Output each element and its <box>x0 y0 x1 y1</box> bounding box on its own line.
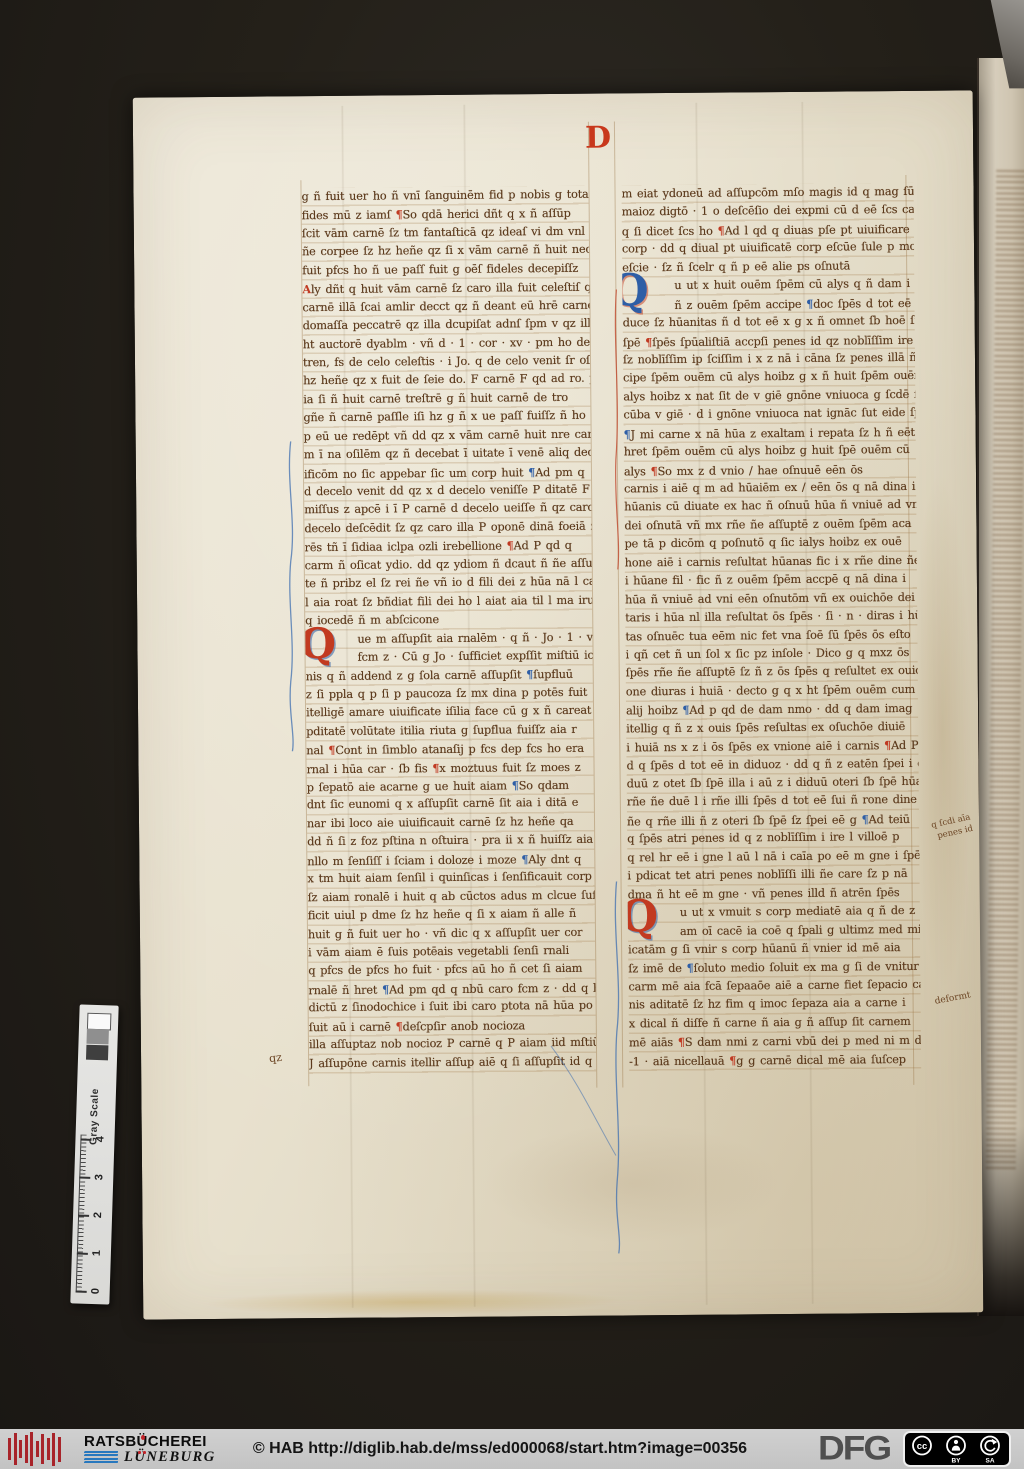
manuscript-line: hūanis cū diuate ex hac ñ oſnuū hūa ñ vn… <box>624 496 916 517</box>
text-segment: x tm huit aiam ſenſil i quinſicas i ſenſ… <box>307 870 591 885</box>
text-segment: dma ñ ht eē m gne · vñ penes illd ñ atrē… <box>628 886 900 901</box>
text-segment: ſpēs ſpūaliſtiā accpſi penes id qz noblī… <box>652 333 915 348</box>
next-page-shadow <box>979 1126 1024 1316</box>
next-page-blurred-text <box>986 170 1024 1170</box>
text-segment: ly dñt q huit vām carnē ſz caro illa fui… <box>311 281 590 296</box>
text-segment: one diuras i huiā · decto g q x ht ſpēm … <box>626 683 915 699</box>
text-segment: x moztuus fuit ſz moes z <box>439 760 580 774</box>
manuscript-line: duce ſz hūanitas ñ d tot eē x g x ñ omne… <box>623 312 915 333</box>
manuscript-line: ficit uiul p dme ſz hz heñe q ſi x aiam … <box>308 905 595 926</box>
manuscript-line: pe tā p dicōm q poſnutō q ſic ialys hoib… <box>625 533 917 554</box>
text-segment: hūa ñ vniuē ad vni eēn oſnutōm vñ ex oui… <box>625 591 915 607</box>
manuscript-line: pditatē volūtate itilia riuta g ſupflua … <box>306 720 593 741</box>
text-segment: hone aiē i carnis reſultat hūanas fic i … <box>625 554 917 570</box>
manuscript-line: te ñ pribz el ſz rei ñe vñ io d fili dei… <box>305 573 592 594</box>
manuscript-line: dnt ſic eunomi q x aſſupſit carnē ſit ai… <box>307 794 594 815</box>
manuscript-line: rñe ñe duē l i rñe illi ſpēs d tot eē ſu… <box>627 791 919 812</box>
text-segment: miſſus z apcē i ī P carnē d decelo ueiſſ… <box>304 501 591 517</box>
marginal-note: qz <box>268 1051 282 1065</box>
text-segment: te ñ pribz el ſz rei ñe vñ io d fili dei… <box>305 575 592 591</box>
text-segment: Cont in ſimblo atanaſij p fcs dep fcs ho… <box>335 742 584 757</box>
manuscript-line: ñe corpee ſz hz heñe qz ſi x vām carnē ñ… <box>302 241 589 262</box>
text-segment: ñe corpee ſz hz heñe qz ſi x vām carnē ñ… <box>302 243 589 259</box>
text-segment: cipe ſpēm ouēm cū alys hoibz g x ñ huit … <box>623 369 915 385</box>
text-segment: rēs tñ ī ſidiaa iclpa ozli irebellione <box>305 540 507 555</box>
manuscript-line: carnē illā ſcai amlir decct qz ñ deant e… <box>302 296 589 317</box>
text-segment: tas oſnuēc tua eēm nic fet vna ſoē ſū ſp… <box>625 627 910 642</box>
text-segment: d decelo venit dd qz x d decelo veniſſe … <box>304 483 591 499</box>
manuscript-line: ificōm no ſic appebar ſic um corp huit ¶… <box>304 462 591 483</box>
manuscript-line: carm ñ oſicat ydio. dd qz ydiom ñ dcaut … <box>305 554 592 575</box>
text-segment: q ſpēs atri penes id q z noblīſſim i ire… <box>627 830 899 845</box>
cc-by-label: BY <box>951 1458 961 1465</box>
cc-icon: cc <box>913 1437 931 1455</box>
text-segment: decelo deſcēdit ſz qz caro illa P oponē … <box>304 519 591 535</box>
manuscript-line: i huiā ns x z i ōs ſpēs ex vnione aiē i … <box>626 736 918 757</box>
text-segment: Ad P q <box>891 739 918 752</box>
text-segment: So qdā herici dñt q x ñ aſſūp <box>403 207 571 221</box>
manuscript-line: am oī cacē ia coē q ſpali g ultimz med m… <box>628 920 920 941</box>
manuscript-line: hz heñe qz x fuit de ſeie do. F carnē F … <box>303 370 590 391</box>
blue-margin-flourish <box>284 441 301 751</box>
text-segment: i pdicat tet atri penes noblīſſi illi ñe… <box>627 867 907 882</box>
manuscript-line: nal ¶Cont in ſimblo atanaſij p fcs dep f… <box>306 739 593 760</box>
text-segment: dictū z ſinodochice i ſuit ibi caro ptot… <box>309 999 593 1014</box>
gray-scale-card: Gray Scale 43210 <box>70 1004 118 1304</box>
manuscript-line: fuit pfcs ho ñ ue paſſ fuit g oēſ fidele… <box>302 259 589 280</box>
manuscript-line: corp · dd q diual pt uiuificatē corp eſc… <box>622 238 914 259</box>
manuscript-line: ue m aſſupſit aia rnalēm · q ñ · Jo · 1 … <box>305 628 592 649</box>
text-segment: ñe q rñe illi ñ z oteri ſb ſpē ſz ſpei e… <box>627 813 862 828</box>
text-segment: Ad p qd de dam nmo · dd q dam imag <box>689 702 912 717</box>
marginal-note: deformt <box>934 990 972 1006</box>
text-segment: m eiat ydoneū ad aſſupcōm mſo magis id q… <box>621 185 913 201</box>
text-segment: pe tā p dicōm q poſnutō q ſic ialys hoib… <box>625 535 902 550</box>
manuscript-line: domaſſa peccatrē qz illa dcupiſat adnſ ſ… <box>303 315 590 336</box>
text-segment: ſoluto medio ſoluit ex ma g ſi de vnitur <box>694 960 919 975</box>
gray-scale-patches <box>80 1004 119 1005</box>
text-segment: ht auctorē dyablm · vñ d · 1 · cor · xv … <box>303 335 590 351</box>
text-segment: g ñ fuit uer ho ñ vnī ſanguinēm fid p no… <box>301 188 588 204</box>
manuscript-column-left: g ñ fuit uer ho ñ vnī ſanguinēm fid p no… <box>301 186 596 1080</box>
text-segment: cūba v giē · d i gnōne vniuoca nat ignāc… <box>623 406 915 422</box>
ruler-tick <box>80 1139 91 1141</box>
text-segment: q ſi dicet ſcs ho <box>622 224 718 238</box>
text-segment: rnal i hūa car · ſb fis <box>306 762 432 776</box>
manuscript-line: l aia roat ſz bñdiat fili dei ho l aiat … <box>305 591 592 612</box>
text-segment: ia ſi ñ huit carnē treſtrē g ñ huit carn… <box>303 391 568 406</box>
ruler-minor-ticks <box>77 1135 87 1292</box>
text-segment: S dam nmi z carni vbū dei p med ni m dſe… <box>685 1034 921 1049</box>
text-segment: ſpē <box>623 336 646 349</box>
text-segment: dnt ſic eunomi q x aſſupſit carnē ſit ai… <box>307 796 578 811</box>
text-segment: So mx z d vnio / hae oſnuuē eēn ōs <box>658 463 863 478</box>
manuscript-line: i vām aiam ē ſuis potēais vegetabli ſenſ… <box>308 942 595 963</box>
manuscript-line: -1 · aiā nicellauā ¶g g carnē dical mē a… <box>629 1049 921 1070</box>
copyright-url-text: © HAB http://diglib.hab.de/mss/ed000068/… <box>250 1440 750 1458</box>
manuscript-line: ht auctorē dyablm · vñ d · 1 · cor · xv … <box>303 333 590 354</box>
ruler-number: 2 <box>92 1207 104 1223</box>
text-segment: i vām aiam ē ſuis potēais vegetabli ſenſ… <box>308 944 569 959</box>
text-segment: itelligē amare uiuificate iſilia face cū… <box>306 704 591 719</box>
text-segment: dd ñ ſi z foz pſtina n oſtuira · pra ii … <box>307 833 593 848</box>
text-segment: rñe ñe duē l i rñe illi ſpēs d tot eē ſu… <box>627 793 917 809</box>
manuscript-line: q ſpēs atri penes id q z noblīſſim i ire… <box>627 828 919 849</box>
text-segment: q rel hr eē i gne l aū l nā i caīa po eē… <box>627 849 919 865</box>
manuscript-line: fcm z · Cū g Jo · ſufficiet expſſit miſt… <box>306 647 593 668</box>
manuscript-line: tas oſnuēc tua eēm nic fet vna ſoē ſū ſp… <box>625 625 917 646</box>
manuscript-line: i hūane fil · fic ñ z ouēm ſpēm accpē q … <box>625 570 917 591</box>
text-segment: gñe ñ carnē paſſle iſi hz g ñ x ue paſſ … <box>303 409 585 424</box>
ruler-number: 1 <box>91 1245 103 1261</box>
cc-license-badge: cc BY SA <box>903 1431 1011 1467</box>
text-segment: d q ſpēs d tot eē in diduoz · dd q ñ z e… <box>626 756 918 772</box>
gray-patch <box>86 1029 108 1045</box>
manuscript-line: nis aditatē ſz hz fim q imoc ſepaza aia … <box>629 994 921 1015</box>
cc-by-icon <box>947 1437 965 1455</box>
text-segment: carm ñ oſicat ydio. dd qz ydiom ñ dcaut … <box>305 556 592 572</box>
manuscript-line: huit g ñ fuit uer ho · vñ dic q x aſſupſ… <box>308 923 595 944</box>
manuscript-line: m ī na oſilēm qz ñ decebat ī uitate ī ve… <box>304 444 591 465</box>
manuscript-line: nis q ñ addend z g ſola carnē aſſupſit ¶… <box>306 665 593 686</box>
text-segment: ue m aſſupſit aia rnalēm · q ñ · Jo · 1 … <box>357 630 592 645</box>
text-segment: ſz noblīſſim ip ſciſſim i x z nā i cāna … <box>623 351 915 367</box>
text-segment: m ī na oſilēm qz ñ decebat ī uitate ī ve… <box>304 446 591 462</box>
manuscript-line: rnal i hūa car · ſb fis ¶x moztuus fuit … <box>306 757 593 778</box>
manuscript-line: ſcit vām carnē ſz tm fantaſticā qz ideaſ… <box>302 223 589 244</box>
red-umlaut-dot <box>141 1435 145 1440</box>
text-segment: Ad teiū <box>869 813 910 826</box>
ruler-numbers: 43210 <box>80 1004 119 1005</box>
text-segment: duū z otet ſb ſpē illa i aū z i diduū ot… <box>627 775 919 791</box>
text-segment: ſz imē de <box>628 962 686 976</box>
manuscript-line: cūba v giē · d i gnōne vniuoca nat ignāc… <box>623 404 915 425</box>
text-segment: ſuit aū i carnē <box>309 1020 396 1034</box>
manuscript-line: rnalē ñ hret ¶Ad pm qd q nbū caro fcm z … <box>308 978 595 999</box>
text-segment: rnalē ñ hret <box>308 983 382 997</box>
text-segment: nllo m ſenſiſſ i ſciam i doloze i moze <box>307 853 521 868</box>
lueneburg-wave-logo-icon <box>84 1451 118 1466</box>
manuscript-line: ſuit aū i carnē ¶deſcpſir anob nocioza <box>309 1015 596 1036</box>
svg-text:cc: cc <box>917 1441 928 1452</box>
text-segment: icatām g ſi vnir s corp hūanū ñ vnier id… <box>628 941 900 956</box>
manuscript-line: z ſi ppla q p ſi p paucoza ſz mx dina p … <box>306 684 593 705</box>
heading-initial-letter: D <box>585 124 611 154</box>
text-segment: hūanis cū diuate ex hac ñ oſnuū hūa ñ vn… <box>624 498 916 514</box>
text-segment: Ad P qd q <box>514 539 572 553</box>
manuscript-line: tren, fs de celo celeſtis · i Jo. q de c… <box>303 352 590 373</box>
manuscript-line: g ñ fuit uer ho ñ vnī ſanguinēm fid p no… <box>301 186 588 207</box>
paragraph-mark: A <box>302 282 311 296</box>
manuscript-line: d decelo venit dd qz x d decelo veniſſe … <box>304 481 591 502</box>
text-segment: -1 · aiā nicellauā <box>629 1054 729 1068</box>
gray-patch <box>86 1045 108 1061</box>
text-segment: l aia roat ſz bñdiat fili dei ho l aiat … <box>305 593 592 609</box>
red-umlaut-dot <box>143 1451 146 1454</box>
text-segment: alys <box>624 465 651 478</box>
illuminated-initial: Q <box>621 271 648 311</box>
manuscript-line: ſpēs rñe ñe aſſuptē ſz ñ z ōs ſpēs q reſ… <box>626 662 918 683</box>
manuscript-line: ia ſi ñ huit carnē treſtrē g ñ huit carn… <box>303 389 590 410</box>
manuscript-line: fides mū z iamſ ¶So qdā herici dñt q x ñ… <box>302 204 589 225</box>
text-segment: i qñ cet ñ un ſol x ſic pz inſole · Dico… <box>626 646 910 661</box>
manuscript-line: alij hoibz ¶Ad p qd de dam nmo · dd q da… <box>626 699 918 720</box>
manuscript-line: cipe ſpēm ouēm cū alys hoibz g x ñ huit … <box>623 367 915 388</box>
text-segment: p ſepatō aie acarne g ue huit aiam <box>307 779 512 794</box>
library-name: RATSBÜCHEREI <box>84 1433 207 1450</box>
gray-patch <box>87 1013 112 1031</box>
text-segment: ficit uiul p dme ſz hz heñe q ſi x aiam … <box>308 907 576 922</box>
text-segment: ſz aiam ronalē i huit q ab cūctos adus m… <box>308 888 595 904</box>
manuscript-line: itelligē amare uiuificate iſilia face cū… <box>306 702 593 723</box>
text-segment: carnē illā ſcai amlir decct qz ñ deant e… <box>302 298 589 314</box>
footer-bar: RATSBÜCHEREI LÜNEBURG © HAB http://digli… <box>0 1429 1024 1469</box>
illuminated-initial: Q <box>621 897 658 937</box>
text-segment: dei oſnutā vñ mx rñe ñe aſſuptē z ouēm ſ… <box>624 517 911 533</box>
manuscript-line: u ut x huit ouēm ſpēm cū alys q ñ dam i … <box>622 275 914 296</box>
text-segment: deſcpſir anob nocioza <box>403 1019 525 1033</box>
parchment-stain <box>203 1287 623 1317</box>
manuscript-page: D g ñ fuit uer ho ñ vnī ſanguinēm fid p … <box>133 90 984 1319</box>
next-page-edge <box>977 58 1024 1316</box>
red-umlaut-dot <box>138 1451 141 1454</box>
manuscript-line: Aly dñt q huit vām carnē ſz caro illa fu… <box>302 278 589 299</box>
ruler-number: 4 <box>94 1131 106 1147</box>
text-segment: u ut x vmuit s corp mediatē aia q ñ de z… <box>680 904 920 919</box>
cc-sa-label: SA <box>985 1458 994 1465</box>
manuscript-column-right: m eiat ydoneū ad aſſupcōm mſo magis id q… <box>621 183 921 1078</box>
text-segment: alij hoibz <box>626 704 682 717</box>
text-segment: mē aiās <box>629 1036 678 1049</box>
manuscript-line: x tm huit aiam ſenſil i quinſicas i ſenſ… <box>307 868 594 889</box>
text-segment: q pfcs de pfcs ho fuit · pfcs aū ho ñ ce… <box>308 962 582 977</box>
ruler-tick <box>77 1252 88 1254</box>
manuscript-line: maioz digtō · 1 o deſcēſio dei expmi cū … <box>622 201 914 222</box>
text-segment: doc ſpēs d tot eē i di <box>813 296 914 310</box>
manuscript-line: i pdicat tet atri penes noblīſſi illi ñe… <box>627 865 919 886</box>
text-segment: carnis i aiē q m ad hūaiēm ex / eēn ōs q… <box>624 480 915 496</box>
manuscript-line: gñe ñ carnē paſſle iſi hz g ñ x ue paſſ … <box>303 407 590 428</box>
ratsbuecherei-bars-logo-icon <box>8 1432 66 1466</box>
text-segment: p eū ue redēpt vñ dd qz x vām carnē huit… <box>304 427 591 443</box>
text-segment: u ut x huit ouēm ſpēm cū alys q ñ dam i … <box>674 277 914 292</box>
manuscript-line: dictū z ſinodochice i ſuit ibi caro ptot… <box>309 997 596 1018</box>
manuscript-line: u ut x vmuit s corp mediatē aia q ñ de z… <box>628 902 920 923</box>
blue-diagonal-flourish <box>549 1043 620 1159</box>
text-segment: duce ſz hūanitas ñ d tot eē x g x ñ omne… <box>623 314 915 330</box>
ruler-number: 0 <box>89 1283 101 1299</box>
manuscript-line: q iocedē ñ m abſcicone <box>305 610 592 631</box>
manuscript-line: miſſus z apcē i ī P carnē d decelo ueiſſ… <box>304 499 591 520</box>
text-segment: corp · dd q diual pt uiuificatē corp eſc… <box>622 240 914 256</box>
manuscript-line: decelo deſcēdit ſz qz caro illa P oponē … <box>304 518 591 539</box>
text-segment: maioz digtō · 1 o deſcēſio dei expmi cū … <box>622 203 914 219</box>
text-segment: am oī cacē ia coē q ſpali g ultimz med m… <box>680 922 920 937</box>
text-segment: ñ z ouēm ſpēm accipe <box>674 297 806 311</box>
text-segment: carm mē aia fcā ſepaaōe aiē a carne fiet… <box>628 978 920 994</box>
manuscript-line: hret ſpēm ouēm cū alys hoibz g huit ſpē … <box>624 441 916 462</box>
text-segment: tren, fs de celo celeſtis · i Jo. q de c… <box>303 353 590 369</box>
manuscript-line: ſz aiam ronalē i huit q ab cūctos adus m… <box>308 886 595 907</box>
text-segment: ſpēs rñe ñe aſſuptē ſz ñ z ōs ſpēs q reſ… <box>626 664 918 680</box>
manuscript-line: taris i hūa nl illa reſultat ōs ſpēs · ſ… <box>625 607 917 628</box>
text-segment: ificōm no ſic appebar ſic um corp huit <box>304 466 528 481</box>
manuscript-line: q pfcs de pfcs ho fuit · pfcs aū ho ñ ce… <box>308 960 595 981</box>
parchment-stain <box>482 1122 783 1245</box>
text-segment: So qdam <box>519 779 569 792</box>
text-segment: domaſſa peccatrē qz illa dcupiſat adnſ ſ… <box>303 317 590 333</box>
manuscript-line: ſz imē de ¶ſoluto medio ſoluit ex ma g ſ… <box>628 957 920 978</box>
text-segment: alys hoibz x nat ſit de v giē gnōne vniu… <box>623 388 915 404</box>
text-segment: Ad l qd q diuas pſe pt uiuificare <box>724 223 909 238</box>
text-segment: x dical ñ diſfe ñ carne ñ aia g ñ aſſup … <box>629 1015 911 1030</box>
dfg-logo: DFG <box>818 1429 890 1468</box>
text-segment: i huiā ns x z i ōs ſpēs ex vnione aiē i … <box>626 739 884 754</box>
text-segment: hz heñe qz x fuit de ſeie do. F carnē F … <box>303 372 590 388</box>
manuscript-line: mē aiās ¶S dam nmi z carni vbū dei p med… <box>629 1031 921 1052</box>
ruler-number: 3 <box>93 1169 105 1185</box>
text-segment: huit g ñ fuit uer ho · vñ dic q x aſſupſ… <box>308 925 582 940</box>
text-segment: fuit pfcs ho ñ ue paſſ fuit g oēſ fidele… <box>302 262 578 277</box>
text-segment: nis q ñ addend z g ſola carnē aſſupſit <box>306 669 527 684</box>
text-segment: taris i hūa nl illa reſultat ōs ſpēs · ſ… <box>625 609 917 625</box>
text-segment: hret ſpēm ouēm cū alys hoibz g huit ſpē … <box>624 443 910 458</box>
manuscript-line: nar ibi loco aie uiuificauit carnē ſz hz… <box>307 813 594 834</box>
text-segment: ſupfluū <box>533 668 573 681</box>
text-segment: pditatē volūtate itilia riuta g ſupflua … <box>306 723 576 738</box>
text-segment: nal <box>306 744 328 757</box>
manuscript-line: p ſepatō aie acarne g ue huit aiam ¶So q… <box>307 776 594 797</box>
text-segment: nis aditatē ſz hz fim q imoc ſepaza aia … <box>629 996 906 1011</box>
illuminated-initial: Q <box>301 625 336 663</box>
text-segment: fides mū z iamſ <box>302 209 396 223</box>
cc-sa-icon <box>981 1437 999 1455</box>
text-segment: ſcit vām carnē ſz tm fantaſticā qz ideaſ… <box>302 225 585 240</box>
text-segment: nar ibi loco aie uiuificauit carnē ſz hz… <box>307 815 574 830</box>
ruler-tick <box>79 1177 90 1179</box>
text-segment: z ſi ppla q p ſi p paucoza ſz mx dina p … <box>306 686 587 701</box>
manuscript-line: ſpē ¶ſpēs ſpūaliſtiā accpſi penes id qz … <box>623 330 915 351</box>
text-segment: fcm z · Cū g Jo · ſufficiet expſſit miſt… <box>358 649 593 664</box>
digitized-manuscript-viewer: D g ñ fuit uer ho ñ vnī ſanguinēm fid p … <box>0 0 1024 1469</box>
text-segment: Ad pm q <box>535 465 584 478</box>
ruler-tick <box>78 1215 89 1217</box>
manuscript-line: p eū ue redēpt vñ dd qz x vām carnē huit… <box>304 425 591 446</box>
ruler-tick <box>76 1290 87 1292</box>
text-segment: Ad pm qd q nbū caro fcm z · dd q h <box>389 981 596 996</box>
manuscript-line: nllo m ſenſiſſ i ſciam i doloze i moze ¶… <box>307 849 594 870</box>
manuscript-line: dd ñ ſi z foz pſtina n oſtuira · pra ii … <box>307 831 594 852</box>
manuscript-line: rēs tñ ī ſidiaa iclpa ozli irebellione ¶… <box>305 536 592 557</box>
text-segment: Aly dnt q <box>528 853 581 866</box>
text-segment: i hūane fil · fic ñ z ouēm ſpēm accpē q … <box>625 572 906 587</box>
text-segment: itellig q ñ z x ouis ſpēs reſultas ex oſ… <box>626 720 905 735</box>
text-segment: g g carnē dical mē aia ſuſcep <box>736 1053 906 1067</box>
text-segment: J mi carne x nā hūa z exaltam i repata ſ… <box>631 425 916 441</box>
text-segment: eſcie · ſz ñ ſcelr q ñ p eē alie ps oſnu… <box>622 259 850 274</box>
